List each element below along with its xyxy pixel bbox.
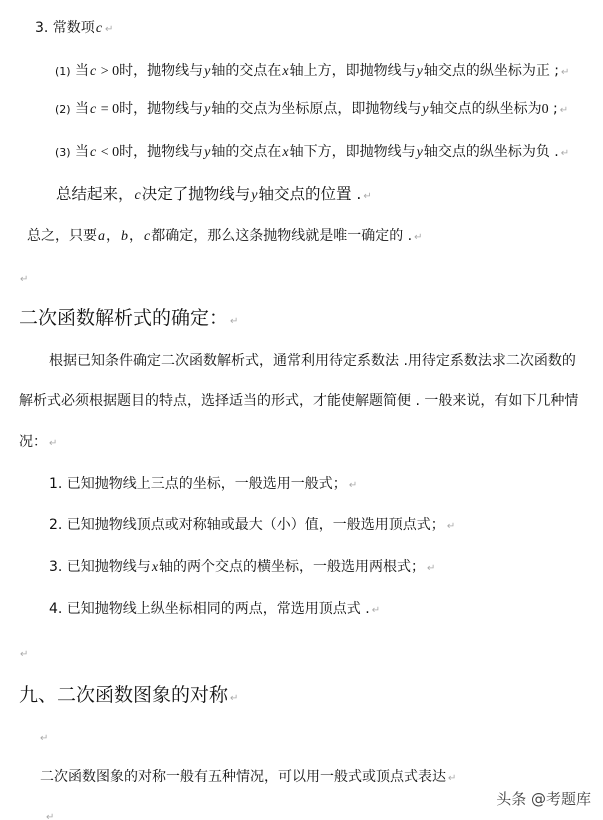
paragraph-mark-icon: ↵: [40, 733, 48, 744]
math-num: 0: [542, 102, 549, 117]
text: 轴交点的纵坐标为正 ;: [424, 63, 559, 79]
math-var: x: [281, 64, 289, 79]
paragraph-mark-icon: ↵: [105, 24, 113, 35]
paragraph-mark-icon: ↵: [372, 605, 380, 616]
text: 况：: [19, 434, 47, 450]
case-item-3: (3) 当c < 0时，抛物线与y轴的交点在x轴下方，即抛物线与y轴交点的纵坐标…: [55, 142, 569, 164]
paragraph-mark-icon: ↵: [20, 649, 28, 660]
section-title-text: 3. 常数项: [35, 20, 95, 36]
text: 轴交点的纵坐标为: [430, 101, 542, 117]
paragraph-mark-icon: ↵: [427, 563, 435, 574]
section-9-paragraph: 二次函数图象的对称一般有五种情况，可以用一般式或顶点式表达↵: [40, 767, 456, 789]
text: 解析式必须根据题目的特点，选择适当的形式，才能使解题简便 . 一般来说，有如下几…: [19, 393, 578, 409]
text: 当: [75, 101, 89, 117]
paragraph-mark-icon: ↵: [20, 274, 28, 285]
math-var: c: [134, 188, 142, 203]
text: 根据已知条件确定二次函数解析式，通常利用待定系数法 .用待定系数法求二次函数的: [49, 353, 576, 369]
text: 时，抛物线与: [119, 144, 203, 160]
math-var: y: [416, 64, 424, 79]
heading-text: 二次函数解析式的确定：: [19, 307, 228, 329]
text: ，: [129, 228, 143, 244]
paragraph-mark-icon: ↵: [230, 316, 238, 327]
text: 都确定，那么这条抛物线就是唯一确定的 .: [151, 228, 412, 244]
math-op: =: [97, 102, 112, 117]
text: 决定了抛物线与: [142, 185, 251, 203]
item-number: (1): [55, 65, 71, 78]
paragraph-line-2: 解析式必须根据题目的特点，选择适当的形式，才能使解题简便 . 一般来说，有如下几…: [19, 391, 578, 411]
paragraph-mark-icon: ↵: [448, 773, 456, 784]
paragraph-mark-icon: ↵: [414, 232, 422, 243]
case-item-2: (2) 当c = 0时，抛物线与y轴的交点为坐标原点，即抛物线与y轴交点的纵坐标…: [55, 99, 568, 121]
case-item-1: (1) 当c > 0时，抛物线与y轴的交点在x轴上方，即抛物线与y轴交点的纵坐标…: [55, 61, 569, 83]
paragraph-mark-icon: ↵: [447, 521, 455, 532]
section-3-title: 3. 常数项c↵: [35, 18, 113, 40]
text: 轴的交点在: [211, 144, 281, 160]
math-var-c: c: [95, 21, 103, 36]
text: 轴交点的纵坐标为负 .: [424, 144, 559, 160]
paragraph-mark-icon: ↵: [46, 812, 54, 820]
text: 轴的交点为坐标原点，即抛物线与: [211, 101, 421, 117]
math-var: x: [151, 560, 159, 575]
paragraph-mark-icon: ↵: [230, 693, 238, 704]
text: 二次函数图象的对称一般有五种情况，可以用一般式或顶点式表达: [40, 769, 446, 785]
text: 时，抛物线与: [119, 101, 203, 117]
text: 当: [75, 144, 89, 160]
heading-text: 九、二次函数图象的对称: [19, 684, 228, 706]
text: 1. 已知抛物线上三点的坐标，一般选用一般式；: [49, 476, 347, 492]
paragraph-mark-icon: ↵: [49, 438, 57, 449]
text: 轴上方，即抛物线与: [290, 63, 416, 79]
text: 轴的交点在: [211, 63, 281, 79]
text: 时，抛物线与: [119, 63, 203, 79]
item-number: (3): [55, 146, 71, 159]
text: 轴下方，即抛物线与: [290, 144, 416, 160]
math-var: c: [143, 229, 151, 244]
method-item-2: 2. 已知抛物线顶点或对称轴或最大（小）值，一般选用顶点式；↵: [49, 515, 455, 537]
watermark: 头条 @考题库: [496, 788, 591, 809]
paragraph-mark-icon: ↵: [349, 480, 357, 491]
method-item-1: 1. 已知抛物线上三点的坐标，一般选用一般式；↵: [49, 474, 357, 496]
paragraph-line-1: 根据已知条件确定二次函数解析式，通常利用待定系数法 .用待定系数法求二次函数的: [49, 351, 576, 371]
text: 总结起来，: [56, 185, 134, 203]
text: 轴的两个交点的横坐标，一般选用两根式；: [159, 559, 425, 575]
text: 当: [75, 63, 89, 79]
text: 轴交点的位置 .: [258, 185, 361, 203]
math-var: a: [97, 229, 106, 244]
paragraph-line-3: 况：↵: [19, 432, 57, 454]
summary-line: 总结起来，c决定了抛物线与y轴交点的位置 .↵: [56, 184, 372, 207]
math-op: >: [97, 64, 112, 79]
paragraph-mark-icon: ↵: [560, 105, 568, 116]
text: 4. 已知抛物线上纵坐标相同的两点，常选用顶点式 .: [49, 601, 370, 617]
text: 2. 已知抛物线顶点或对称轴或最大（小）值，一般选用顶点式；: [49, 517, 445, 533]
math-var: b: [120, 229, 129, 244]
paragraph-mark-icon: ↵: [561, 67, 569, 78]
section-9-heading: 九、二次函数图象的对称↵: [19, 682, 238, 712]
math-var: y: [421, 102, 429, 117]
method-item-4: 4. 已知抛物线上纵坐标相同的两点，常选用顶点式 .↵: [49, 599, 380, 621]
paragraph-mark-icon: ↵: [561, 148, 569, 159]
paragraph-mark-icon: ↵: [363, 191, 371, 202]
math-var: y: [416, 145, 424, 160]
text: 3. 已知抛物线与: [49, 559, 151, 575]
item-number: (2): [55, 103, 71, 116]
text: ;: [549, 101, 558, 117]
conclusion-line: 总之，只要a，b，c都确定，那么这条抛物线就是唯一确定的 .↵: [27, 226, 423, 248]
method-item-3: 3. 已知抛物线与x轴的两个交点的横坐标，一般选用两根式；↵: [49, 557, 435, 579]
math-var: x: [281, 145, 289, 160]
text: 总之，只要: [27, 228, 97, 244]
text: ，: [106, 228, 120, 244]
math-op: <: [97, 145, 112, 160]
determination-heading: 二次函数解析式的确定：↵: [19, 305, 238, 335]
